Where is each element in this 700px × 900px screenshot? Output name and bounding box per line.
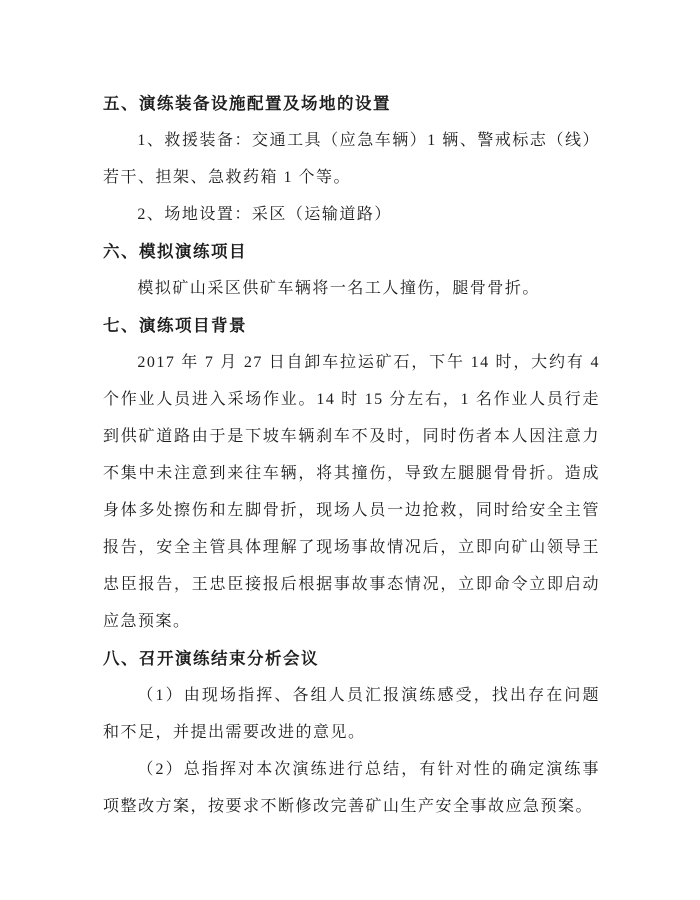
section-7-drill-background: 七、演练项目背景 2017 年 7 月 27 日自卸车拉运矿石，下午 14 时，… [103, 307, 600, 640]
section-6-simulated-drill-project: 六、模拟演练项目 模拟矿山采区供矿车辆将一名工人撞伤，腿骨骨折。 [103, 233, 600, 307]
section-6-paragraph-scenario: 模拟矿山采区供矿车辆将一名工人撞伤，腿骨骨折。 [103, 270, 600, 307]
section-6-heading: 六、模拟演练项目 [103, 233, 600, 270]
section-5-paragraph-rescue-equipment: 1、救援装备：交通工具（应急车辆）1 辆、警戒标志（线）若干、担架、急救药箱 1… [103, 122, 600, 196]
section-8-post-drill-analysis-meeting: 八、召开演练结束分析会议 （1）由现场指挥、各组人员汇报演练感受，找出存在问题和… [103, 640, 600, 825]
section-7-paragraph-background-narrative: 2017 年 7 月 27 日自卸车拉运矿石，下午 14 时，大约有 4 个作业… [103, 344, 600, 640]
section-5-heading: 五、演练装备设施配置及场地的设置 [103, 85, 600, 122]
section-8-paragraph-summary: （2）总指挥对本次演练进行总结，有针对性的确定演练事项整改方案，按要求不断修改完… [103, 751, 600, 825]
section-5-equipment-and-site: 五、演练装备设施配置及场地的设置 1、救援装备：交通工具（应急车辆）1 辆、警戒… [103, 85, 600, 233]
section-8-paragraph-feedback: （1）由现场指挥、各组人员汇报演练感受，找出存在问题和不足，并提出需要改进的意见… [103, 677, 600, 751]
section-8-heading: 八、召开演练结束分析会议 [103, 640, 600, 677]
section-5-paragraph-site-setup: 2、场地设置：采区（运输道路） [103, 196, 600, 233]
document-page: 五、演练装备设施配置及场地的设置 1、救援装备：交通工具（应急车辆）1 辆、警戒… [0, 0, 700, 900]
section-7-heading: 七、演练项目背景 [103, 307, 600, 344]
